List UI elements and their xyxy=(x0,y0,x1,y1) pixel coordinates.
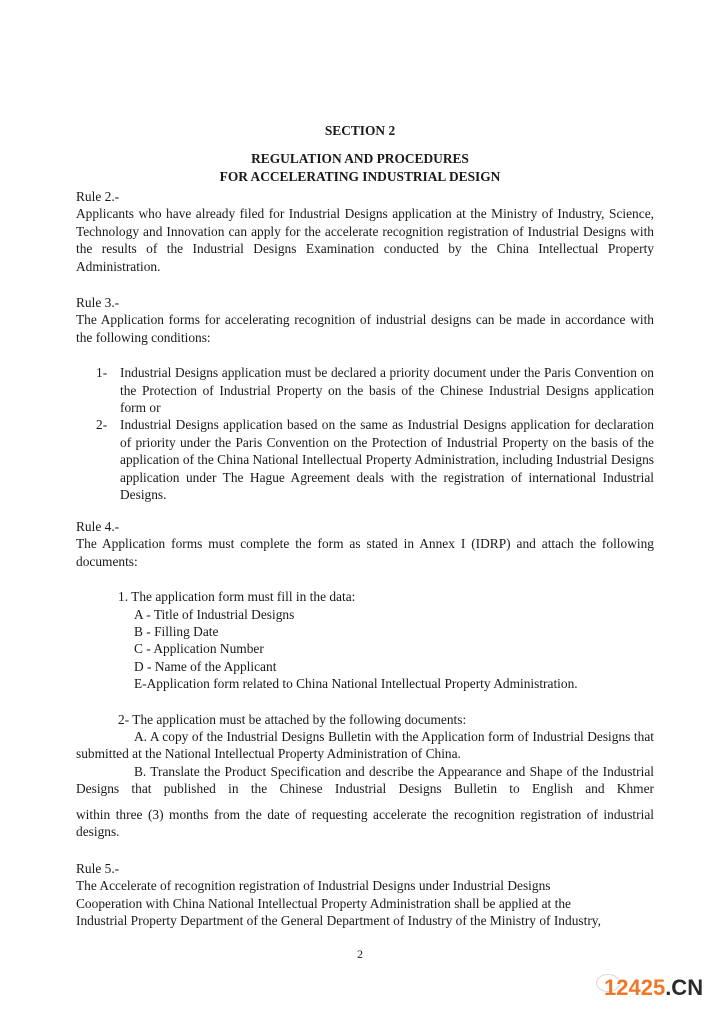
watermark-text: 12425.CN xyxy=(604,979,703,996)
item-2-b-continued: within three (3) months from the date of… xyxy=(76,806,654,841)
rule-5-line: Cooperation with China National Intellec… xyxy=(76,895,654,912)
rule-3-label: Rule 3.- xyxy=(76,294,654,311)
rule-3-intro: The Application forms for accelerating r… xyxy=(76,311,654,346)
rule-4-intro: The Application forms must complete the … xyxy=(76,535,654,570)
rule-2-text: Applicants who have already filed for In… xyxy=(76,205,654,275)
field-item: C - Application Number xyxy=(134,640,654,657)
rule-5-label: Rule 5.- xyxy=(76,860,654,877)
condition-item: 2- Industrial Designs application based … xyxy=(76,416,654,503)
item-2-b: B. Translate the Product Specification a… xyxy=(76,763,654,798)
rule-4-label: Rule 4.- xyxy=(76,518,654,535)
condition-text: Industrial Designs application must be d… xyxy=(120,365,654,415)
field-item: D - Name of the Applicant xyxy=(134,658,654,675)
item-2-a: A. A copy of the Industrial Designs Bull… xyxy=(76,728,654,763)
item-1-title: 1. The application form must fill in the… xyxy=(118,588,654,605)
field-item: B - Filling Date xyxy=(134,623,654,640)
heading-line-2: FOR ACCELERATING INDUSTRIAL DESIGN xyxy=(0,168,720,186)
page-heading: REGULATION AND PROCEDURES FOR ACCELERATI… xyxy=(0,150,720,186)
item-2-title: 2- The application must be attached by t… xyxy=(118,711,654,728)
section-title: SECTION 2 xyxy=(0,122,720,139)
watermark-number: 12425 xyxy=(604,975,665,1000)
document-page: SECTION 2 REGULATION AND PROCEDURES FOR … xyxy=(0,0,720,1018)
rule-2-label: Rule 2.- xyxy=(76,188,654,205)
rule-2: Rule 2.- Applicants who have already fil… xyxy=(76,188,654,275)
rule-4: Rule 4.- The Application forms must comp… xyxy=(76,518,654,841)
rule-3: Rule 3.- The Application forms for accel… xyxy=(76,294,654,503)
condition-text: Industrial Designs application based on … xyxy=(120,417,654,502)
watermark: 12425.CN xyxy=(592,972,718,1002)
watermark-domain: .CN xyxy=(665,975,703,1000)
rule-5-line: Industrial Property Department of the Ge… xyxy=(76,912,654,929)
page-number: 2 xyxy=(0,946,720,963)
rule-5-line: The Accelerate of recognition registrati… xyxy=(76,877,654,894)
condition-number: 2- xyxy=(96,416,107,433)
field-item: A - Title of Industrial Designs xyxy=(134,606,654,623)
rule-3-conditions: 1- Industrial Designs application must b… xyxy=(76,364,654,503)
condition-item: 1- Industrial Designs application must b… xyxy=(76,364,654,416)
rule-5: Rule 5.- The Accelerate of recognition r… xyxy=(76,860,654,930)
rule-4-item-1: 1. The application form must fill in the… xyxy=(76,588,654,692)
rule-4-item-2: 2- The application must be attached by t… xyxy=(76,711,654,841)
heading-line-1: REGULATION AND PROCEDURES xyxy=(0,150,720,168)
field-item: E-Application form related to China Nati… xyxy=(134,675,654,692)
condition-number: 1- xyxy=(96,364,107,381)
